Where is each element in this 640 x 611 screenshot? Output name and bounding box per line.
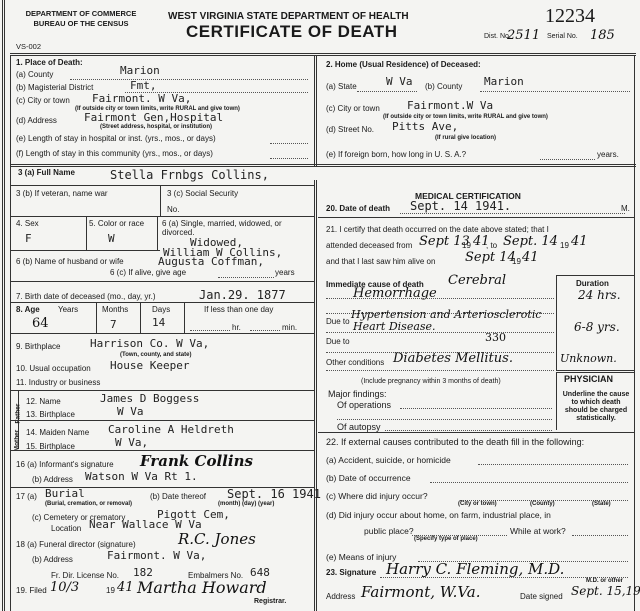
burial-date-value: Sept. 16 1941 <box>227 487 321 501</box>
alive-age-line <box>218 277 274 278</box>
operations-line2 <box>337 419 552 420</box>
spouse-label: 6 (b) Name of husband or wife <box>16 257 124 266</box>
death-date-value: Sept. 14 1941. <box>410 199 511 213</box>
home-county-label: (b) County <box>425 82 462 91</box>
registrar-signature: Martha Howard <box>137 578 267 597</box>
physician-note: Underline the cause to which death shoul… <box>560 391 632 423</box>
rule <box>10 250 160 251</box>
due-to1-label: Due to <box>326 317 350 326</box>
duration-box-left <box>556 275 557 371</box>
certify-label: 21. I certify that death occurred on the… <box>326 225 549 234</box>
informant-address-value: Watson W Va Rt 1. <box>85 470 198 483</box>
box-divider <box>314 56 317 166</box>
burial-date-note: (month) (day) (year) <box>218 501 274 507</box>
stay-community-label: (f) Length of stay in this community (yr… <box>16 149 213 158</box>
min-label: min. <box>282 323 297 332</box>
home-county-line <box>480 91 630 92</box>
certifier-address-value: Fairmont, W.Va. <box>361 583 481 601</box>
occupation-label: 10. Usual occupation <box>16 364 91 373</box>
rule <box>10 390 315 391</box>
father-birthplace-value: W Va <box>117 405 144 418</box>
industry-label: 11. Industry or business <box>16 378 100 387</box>
filed-date: 10/3 <box>50 580 79 595</box>
cause-line <box>326 332 554 333</box>
birth-date-value: Jan.29. 1877 <box>199 288 286 302</box>
cause-code: 330 <box>485 331 506 344</box>
informant-signature-label: 16 (a) Informant's signature <box>16 460 114 469</box>
last-seen-label: and that I last saw him alive on <box>326 257 435 266</box>
death-city-value: Fairmont. W Va, <box>92 92 191 105</box>
death-certificate: DEPARTMENT OF COMMERCE BUREAU OF THE CEN… <box>0 0 640 611</box>
mother-name-value: Caroline A Heldreth <box>108 423 234 436</box>
attended-to-value: Sept. 14 <box>503 234 558 249</box>
license-label: Fr. Dir. License No. <box>51 571 119 580</box>
date-signed-value: Sept. 15,1941 <box>571 584 640 598</box>
occurrence-line <box>430 482 628 483</box>
home-city-label: (c) City or town <box>326 104 380 113</box>
home-heading: 2. Home (Usual Residence) of Deceased: <box>326 60 481 69</box>
from-year-prefix: 19 <box>462 241 471 250</box>
accident-line <box>478 464 628 465</box>
autopsy-line <box>385 430 552 431</box>
disposition-note: (Burial, cremation, or removal) <box>45 501 132 507</box>
physician-box-left <box>556 373 557 430</box>
rule <box>10 420 315 421</box>
father-name-label: 12. Name <box>26 397 61 406</box>
filed-year: 41 <box>117 580 134 595</box>
external-heading: 22. If external causes contributed to th… <box>326 437 584 447</box>
address-note: (Street address, hospital, or institutio… <box>100 124 212 130</box>
hr-line <box>190 330 230 331</box>
funeral-director-signature: R.C. Jones <box>178 530 256 548</box>
registrar-label: Registrar. <box>254 598 286 605</box>
duration2-value: 6-8 yrs. <box>574 320 620 334</box>
autopsy-label: Of autopsy <box>337 422 381 432</box>
bureau-census: BUREAU OF THE CENSUS <box>16 19 146 28</box>
spouse-line2: Augusta Coffman, <box>158 255 264 268</box>
filed-label: 19. Filed <box>16 586 47 595</box>
home-county-value: Marion <box>484 75 524 88</box>
where-note-state: (State) <box>592 501 611 507</box>
at-work-line <box>572 535 628 536</box>
place-of-death-heading: 1. Place of Death: <box>16 58 83 67</box>
min-line <box>250 330 280 331</box>
occupation-value: House Keeper <box>110 359 189 372</box>
age-label: 8. Age <box>16 305 40 314</box>
full-name-value: Stella Frnbgs Collins, <box>110 168 269 182</box>
rule <box>96 303 97 333</box>
state-department: WEST VIRGINIA STATE DEPARTMENT OF HEALTH <box>168 11 409 22</box>
days-label: Days <box>152 305 170 314</box>
birthplace-label: 9. Birthplace <box>16 342 60 351</box>
mother-tag: Mother <box>13 430 20 452</box>
city-label: (c) City or town <box>16 96 70 105</box>
death-county-value: Marion <box>120 64 160 77</box>
disposition-value: Burial <box>45 487 85 500</box>
file-number: 12234 <box>545 5 595 28</box>
home-state-line <box>357 91 417 92</box>
death-m-label: M. <box>621 204 630 213</box>
duration1-value: 24 hrs. <box>578 288 621 302</box>
ssn-no-label: No. <box>167 205 179 214</box>
rule <box>10 216 315 217</box>
home-street-note: (If rural give location) <box>435 135 496 141</box>
rule <box>184 303 185 333</box>
due-to2-label: Due to <box>326 337 350 346</box>
home-street-value: Pitts Ave, <box>392 120 458 133</box>
to-year-value: 41 <box>571 234 588 249</box>
rule <box>10 450 315 451</box>
form-number: VS-002 <box>16 42 41 51</box>
certifier-signature-label: 23. Signature <box>326 568 376 577</box>
home-city-value: Fairmont.W Va <box>407 99 493 112</box>
occurrence-label: (b) Date of occurrence <box>326 473 411 483</box>
rule <box>10 333 315 334</box>
certificate-title: CERTIFICATE OF DEATH <box>186 22 397 42</box>
burial-date-label: (b) Date thereof <box>150 492 206 501</box>
father-name-value: James D Boggess <box>100 392 199 405</box>
home-street-label: (d) Street No. <box>326 125 374 134</box>
other-conditions-label: Other conditions <box>326 358 384 367</box>
rule <box>86 217 87 250</box>
marital-label: 6 (a) Single, married, widowed, or divor… <box>162 219 312 237</box>
place-type-label: (d) Did injury occur about home, on farm… <box>326 510 551 520</box>
birthplace-value: Harrison Co. W Va, <box>90 337 209 350</box>
to-year-prefix: 19 <box>560 241 569 250</box>
serial-label: Serial No. <box>547 33 578 40</box>
informant-address-label: (b) Address <box>32 475 73 484</box>
mother-birthplace-value: W Va, <box>115 436 148 449</box>
immediate-cause-line1: Cerebral <box>448 273 506 288</box>
age-years-value: 64 <box>32 316 49 331</box>
informant-signature: Frank Collins <box>140 452 253 470</box>
last-year-value: 41 <box>522 250 539 265</box>
where-note-county: (County) <box>530 501 555 507</box>
box-border <box>10 56 11 166</box>
county-label: (a) County <box>16 70 53 79</box>
duration3-value: Unknown. <box>560 352 617 365</box>
alive-age-unit: years <box>275 268 295 277</box>
funeral-director-label: 18 (a) Funeral director (signature) <box>16 540 136 549</box>
stay-hospital-line <box>270 143 308 144</box>
age-days-value: 14 <box>152 316 165 329</box>
duration-label: Duration <box>576 279 609 288</box>
death-address-value: Fairmont Gen,Hospital <box>84 111 223 124</box>
other-conditions-value: Diabetes Mellitus. <box>393 351 513 366</box>
birthplace-note: (Town, county, and state) <box>120 352 191 358</box>
death-date-label: 20. Date of death <box>326 204 390 213</box>
filed-year-prefix: 19 <box>106 586 115 595</box>
foreign-born-line <box>540 159 595 160</box>
hr-label: hr. <box>232 323 241 332</box>
rule <box>10 185 315 186</box>
district-label: (b) Magisterial District <box>16 83 93 92</box>
alive-age-label: 6 (c) If alive, give age <box>110 268 186 277</box>
pregnancy-note: (Include pregnancy within 3 months of de… <box>361 378 501 385</box>
right-border <box>634 56 635 611</box>
operations-line <box>400 408 552 409</box>
ssn-label: 3 (c) Social Security <box>167 189 238 198</box>
sex-label: 4. Sex <box>16 219 39 228</box>
rule <box>140 303 141 333</box>
location-label: Location <box>51 524 81 533</box>
attended-label: attended deceased from <box>326 241 412 250</box>
stay-hospital-label: (e) Length of stay in hospital or inst. … <box>16 134 216 143</box>
race-label: 5. Color or race <box>89 219 144 228</box>
funeral-address-label: (b) Address <box>32 555 73 564</box>
mother-name-label: 14. Maiden Name <box>26 428 89 437</box>
accident-label: (a) Accident, suicide, or homicide <box>326 455 451 465</box>
foreign-born-label: (e) If foreign born, how long in U. S. A… <box>326 150 466 159</box>
rule <box>157 217 158 250</box>
rule <box>318 432 634 433</box>
home-state-value: W Va <box>386 75 413 88</box>
last-seen-value: Sept 14 <box>465 250 516 265</box>
father-birthplace-label: 13. Birthplace <box>26 410 75 419</box>
section-rule <box>10 164 636 167</box>
rule <box>160 186 161 216</box>
stay-community-line <box>270 158 308 159</box>
physician-heading: PHYSICIAN <box>564 374 613 384</box>
less-day-label: If less than one day <box>204 305 273 314</box>
dist-number: 2511 <box>507 28 540 43</box>
age-months-value: 7 <box>110 318 117 331</box>
rule <box>318 217 634 218</box>
county-line <box>70 79 308 80</box>
cause-line <box>326 370 554 371</box>
left-border <box>2 0 5 611</box>
to-label: , to <box>486 241 497 250</box>
at-work-label: While at work? <box>510 526 566 536</box>
duration-box-top <box>556 275 634 276</box>
death-district-value: Fmt, <box>130 79 157 92</box>
full-name-label: 3 (a) Full Name <box>18 168 75 177</box>
birth-date-label: 7. Birth date of deceased (mo., day, yr.… <box>16 292 155 301</box>
public-place-note: (Specify type of place) <box>414 536 478 542</box>
physician-box-top <box>556 370 634 373</box>
left-column-border <box>10 167 11 611</box>
serial-number: 185 <box>590 28 615 43</box>
address-label: (d) Address <box>16 116 57 125</box>
rule <box>10 302 315 303</box>
operations-label: Of operations <box>337 400 391 410</box>
column-divider <box>314 180 317 611</box>
veteran-label: 3 (b) If veteran, name war <box>16 189 108 198</box>
last-year-prefix: 19 <box>512 257 521 266</box>
foreign-born-unit: years. <box>597 150 619 159</box>
certifier-address-label: Address <box>326 592 355 601</box>
date-signed-label: Date signed <box>520 592 563 601</box>
major-findings-label: Major findings: <box>328 389 387 399</box>
dept-commerce: DEPARTMENT OF COMMERCE <box>16 9 146 18</box>
years-label: Years <box>58 305 78 314</box>
disposition-label: 17 (a) <box>16 492 37 501</box>
cause-line <box>326 298 554 299</box>
death-date-line <box>400 213 625 214</box>
public-place-label: public place? <box>364 526 414 536</box>
race-value: W <box>108 232 115 245</box>
months-label: Months <box>102 305 128 314</box>
rule <box>10 281 315 282</box>
where-note-city: (City or town) <box>458 501 497 507</box>
funeral-address-value: Fairmont. W Va, <box>107 549 206 562</box>
header-rule <box>10 53 636 56</box>
where-label: (c) Where did injury occur? <box>326 491 428 501</box>
sex-value: F <box>25 232 32 245</box>
certifier-signature: Harry C. Fleming, M.D. <box>386 560 564 578</box>
home-state-label: (a) State <box>326 82 357 91</box>
